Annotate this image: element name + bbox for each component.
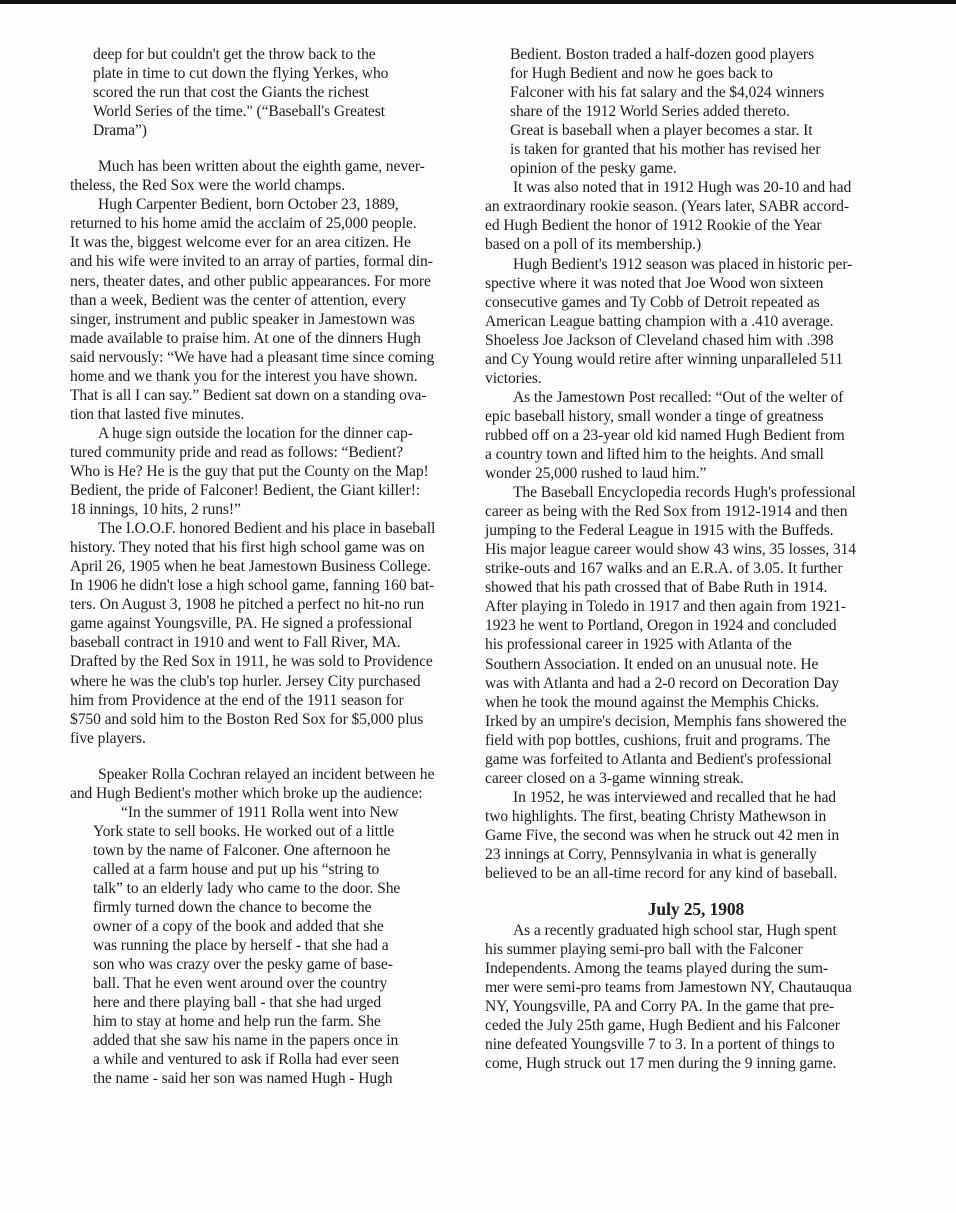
text-line: field with pop bottles, cushions, fruit … <box>485 731 907 750</box>
text-line: After playing in Toledo in 1917 and then… <box>485 597 907 616</box>
text-line: an extraordinary rookie season. (Years l… <box>485 197 907 216</box>
text-line: That is all I can say.” Bedient sat down… <box>70 386 474 405</box>
text-line: Drafted by the Red Sox in 1911, he was s… <box>70 652 474 671</box>
text-line: believed to be an all-time record for an… <box>485 864 907 883</box>
text-line: baseball contract in 1910 and went to Fa… <box>70 633 474 652</box>
right-paragraph-4: The Baseball Encyclopedia records Hugh's… <box>485 483 907 788</box>
text-line: jumping to the Federal League in 1915 wi… <box>485 521 907 540</box>
section-heading: July 25, 1908 <box>485 899 907 920</box>
text-line: than a week, Bedient was the center of a… <box>70 291 474 310</box>
text-line: made available to praise him. At one of … <box>70 329 474 348</box>
right-paragraph-2: Hugh Bedient's 1912 season was placed in… <box>485 255 907 388</box>
text-line: In 1952, he was interviewed and recalled… <box>485 788 907 807</box>
left-paragraph-4: A huge sign outside the location for the… <box>70 424 474 519</box>
text-line: As a recently graduated high school star… <box>485 921 907 940</box>
text-line: game against Youngsville, PA. He signed … <box>70 614 474 633</box>
text-line: 1923 he went to Portland, Oregon in 1924… <box>485 616 907 635</box>
text-line: share of the 1912 World Series added the… <box>510 102 907 121</box>
text-line: Who is He? He is the guy that put the Co… <box>70 462 474 481</box>
text-line: showed that his path crossed that of Bab… <box>485 578 907 597</box>
text-line: history. They noted that his first high … <box>70 538 474 557</box>
text-line: said nervously: “We have had a pleasant … <box>70 348 474 367</box>
text-line: As the Jamestown Post recalled: “Out of … <box>485 388 907 407</box>
text-line: deep for but couldn't get the throw back… <box>93 45 474 64</box>
text-line: son who was crazy over the pesky game of… <box>93 955 474 974</box>
text-line: Great is baseball when a player becomes … <box>510 121 907 140</box>
text-line: a while and ventured to ask if Rolla had… <box>93 1050 474 1069</box>
text-line: The I.O.O.F. honored Bedient and his pla… <box>70 519 474 538</box>
text-line: owner of a copy of the book and added th… <box>93 917 474 936</box>
right-paragraph-6: As a recently graduated high school star… <box>485 921 907 1073</box>
text-line: Southern Association. It ended on an unu… <box>485 655 907 674</box>
text-line: here and there playing ball - that she h… <box>93 993 474 1012</box>
text-line: the name - said her son was named Hugh -… <box>93 1069 474 1088</box>
text-line: “In the summer of 1911 Rolla went into N… <box>93 803 474 822</box>
text-line: 18 innings, 10 hits, 2 runs!” <box>70 500 474 519</box>
right-quote-continuation: Bedient. Boston traded a half-dozen good… <box>485 45 907 178</box>
text-line: singer, instrument and public speaker in… <box>70 310 474 329</box>
text-line: epic baseball history, small wonder a ti… <box>485 407 907 426</box>
text-line: ed Hugh Bedient the honor of 1912 Rookie… <box>485 216 907 235</box>
text-line: him from Providence at the end of the 19… <box>70 691 474 710</box>
text-line: career as being with the Red Sox from 19… <box>485 502 907 521</box>
text-line: A huge sign outside the location for the… <box>70 424 474 443</box>
text-line: nine defeated Youngsville 7 to 3. In a p… <box>485 1035 907 1054</box>
text-line: his professional career in 1925 with Atl… <box>485 635 907 654</box>
text-line: firmly turned down the chance to become … <box>93 898 474 917</box>
text-line: Falconer with his fat salary and the $4,… <box>510 83 907 102</box>
text-line: It was the, biggest welcome ever for an … <box>70 233 474 252</box>
text-line: based on a poll of its membership.) <box>485 235 907 254</box>
text-line: Much has been written about the eighth g… <box>70 157 474 176</box>
text-line: game was forfeited to Atlanta and Bedien… <box>485 750 907 769</box>
text-line: and his wife were invited to an array of… <box>70 252 474 271</box>
left-quote-block: “In the summer of 1911 Rolla went into N… <box>70 803 474 1089</box>
text-line: Game Five, the second was when he struck… <box>485 826 907 845</box>
text-line: It was also noted that in 1912 Hugh was … <box>485 178 907 197</box>
text-line: tured community pride and read as follow… <box>70 443 474 462</box>
text-line: The Baseball Encyclopedia records Hugh's… <box>485 483 907 502</box>
top-border-rule <box>0 0 956 4</box>
text-line: Drama”) <box>93 121 474 140</box>
text-line: 23 innings at Corry, Pennsylvania in wha… <box>485 845 907 864</box>
text-line: mer were semi-pro teams from Jamestown N… <box>485 978 907 997</box>
text-line: career closed on a 3-game winning streak… <box>485 769 907 788</box>
text-line: York state to sell books. He worked out … <box>93 822 474 841</box>
text-line: strike-outs and 167 walks and an E.R.A. … <box>485 559 907 578</box>
text-line: five players. <box>70 729 474 748</box>
text-line: home and we thank you for the interest y… <box>70 367 474 386</box>
text-line: Bedient, the pride of Falconer! Bedient,… <box>70 481 474 500</box>
text-line: In 1906 he didn't lose a high school gam… <box>70 576 474 595</box>
right-column: Bedient. Boston traded a half-dozen good… <box>485 45 907 1073</box>
text-line: scored the run that cost the Giants the … <box>93 83 474 102</box>
left-paragraph-6: Speaker Rolla Cochran relayed an inciden… <box>70 765 474 803</box>
text-line: ceded the July 25th game, Hugh Bedient a… <box>485 1016 907 1035</box>
text-line: spective where it was noted that Joe Woo… <box>485 274 907 293</box>
text-line: Irked by an umpire's decision, Memphis f… <box>485 712 907 731</box>
text-line: World Series of the time." (“Baseball's … <box>93 102 474 121</box>
text-line: town by the name of Falconer. One aftern… <box>93 841 474 860</box>
text-line: April 26, 1905 when he beat Jamestown Bu… <box>70 557 474 576</box>
text-line: Speaker Rolla Cochran relayed an inciden… <box>70 765 474 784</box>
text-line: NY, Youngsville, PA and Corry PA. In the… <box>485 997 907 1016</box>
text-line: him to stay at home and help run the far… <box>93 1012 474 1031</box>
left-paragraph-3: Hugh Carpenter Bedient, born October 23,… <box>70 195 474 424</box>
text-line: was with Atlanta and had a 2-0 record on… <box>485 674 907 693</box>
text-line: two highlights. The first, beating Chris… <box>485 807 907 826</box>
left-paragraph-1: deep for but couldn't get the throw back… <box>70 45 474 140</box>
text-line: and Hugh Bedient's mother which broke up… <box>70 784 474 803</box>
text-line: tion that lasted five minutes. <box>70 405 474 424</box>
text-line: was running the place by herself - that … <box>93 936 474 955</box>
left-paragraph-5: The I.O.O.F. honored Bedient and his pla… <box>70 519 474 748</box>
text-line: called at a farm house and put up his “s… <box>93 860 474 879</box>
text-line: plate in time to cut down the flying Yer… <box>93 64 474 83</box>
text-line: ners, theater dates, and other public ap… <box>70 272 474 291</box>
text-line: wonder 25,000 rushed to laud him.” <box>485 464 907 483</box>
text-line: when he took the mound against the Memph… <box>485 693 907 712</box>
text-line: added that she saw his name in the paper… <box>93 1031 474 1050</box>
text-line: for Hugh Bedient and now he goes back to <box>510 64 907 83</box>
right-paragraph-3: As the Jamestown Post recalled: “Out of … <box>485 388 907 483</box>
left-paragraph-2: Much has been written about the eighth g… <box>70 157 474 195</box>
text-line: ters. On August 3, 1908 he pitched a per… <box>70 595 474 614</box>
text-line: Independents. Among the teams played dur… <box>485 959 907 978</box>
text-line: his summer playing semi-pro ball with th… <box>485 940 907 959</box>
text-line: come, Hugh struck out 17 men during the … <box>485 1054 907 1073</box>
text-line: and Cy Young would retire after winning … <box>485 350 907 369</box>
left-column: deep for but couldn't get the throw back… <box>70 45 474 1088</box>
text-line: returned to his home amid the acclaim of… <box>70 214 474 233</box>
text-line: Bedient. Boston traded a half-dozen good… <box>510 45 907 64</box>
text-line: is taken for granted that his mother has… <box>510 140 907 159</box>
text-line: a country town and lifted him to the hei… <box>485 445 907 464</box>
text-line: where he was the club's top hurler. Jers… <box>70 672 474 691</box>
right-paragraph-1: It was also noted that in 1912 Hugh was … <box>485 178 907 254</box>
text-line: victories. <box>485 369 907 388</box>
text-line: Shoeless Joe Jackson of Cleveland chased… <box>485 331 907 350</box>
text-line: Hugh Carpenter Bedient, born October 23,… <box>70 195 474 214</box>
right-paragraph-5: In 1952, he was interviewed and recalled… <box>485 788 907 883</box>
text-line: rubbed off on a 23-year old kid named Hu… <box>485 426 907 445</box>
text-line: consecutive games and Ty Cobb of Detroit… <box>485 293 907 312</box>
text-line: American League batting champion with a … <box>485 312 907 331</box>
text-line: talk” to an elderly lady who came to the… <box>93 879 474 898</box>
text-line: theless, the Red Sox were the world cham… <box>70 176 474 195</box>
text-line: $750 and sold him to the Boston Red Sox … <box>70 710 474 729</box>
text-line: Hugh Bedient's 1912 season was placed in… <box>485 255 907 274</box>
text-line: opinion of the pesky game. <box>510 159 907 178</box>
text-line: His major league career would show 43 wi… <box>485 540 907 559</box>
text-line: ball. That he even went around over the … <box>93 974 474 993</box>
